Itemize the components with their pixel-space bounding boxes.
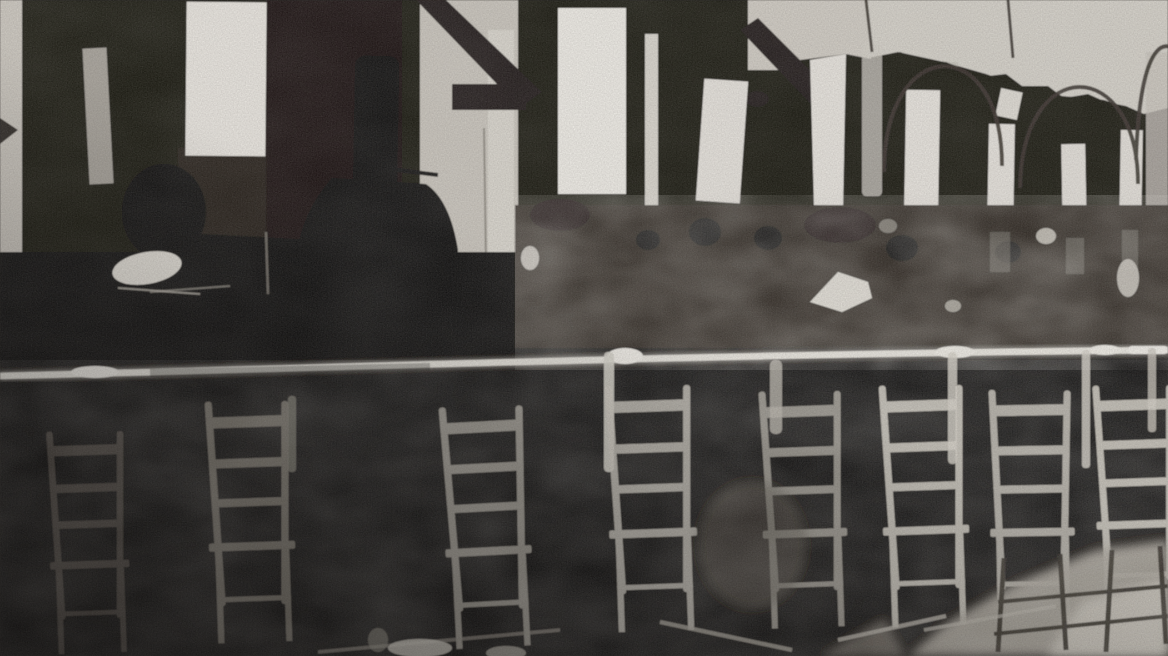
historic-photograph <box>0 0 1168 656</box>
vignette <box>0 0 1168 656</box>
photo-canvas <box>0 0 1168 656</box>
film-grain <box>0 0 1168 656</box>
